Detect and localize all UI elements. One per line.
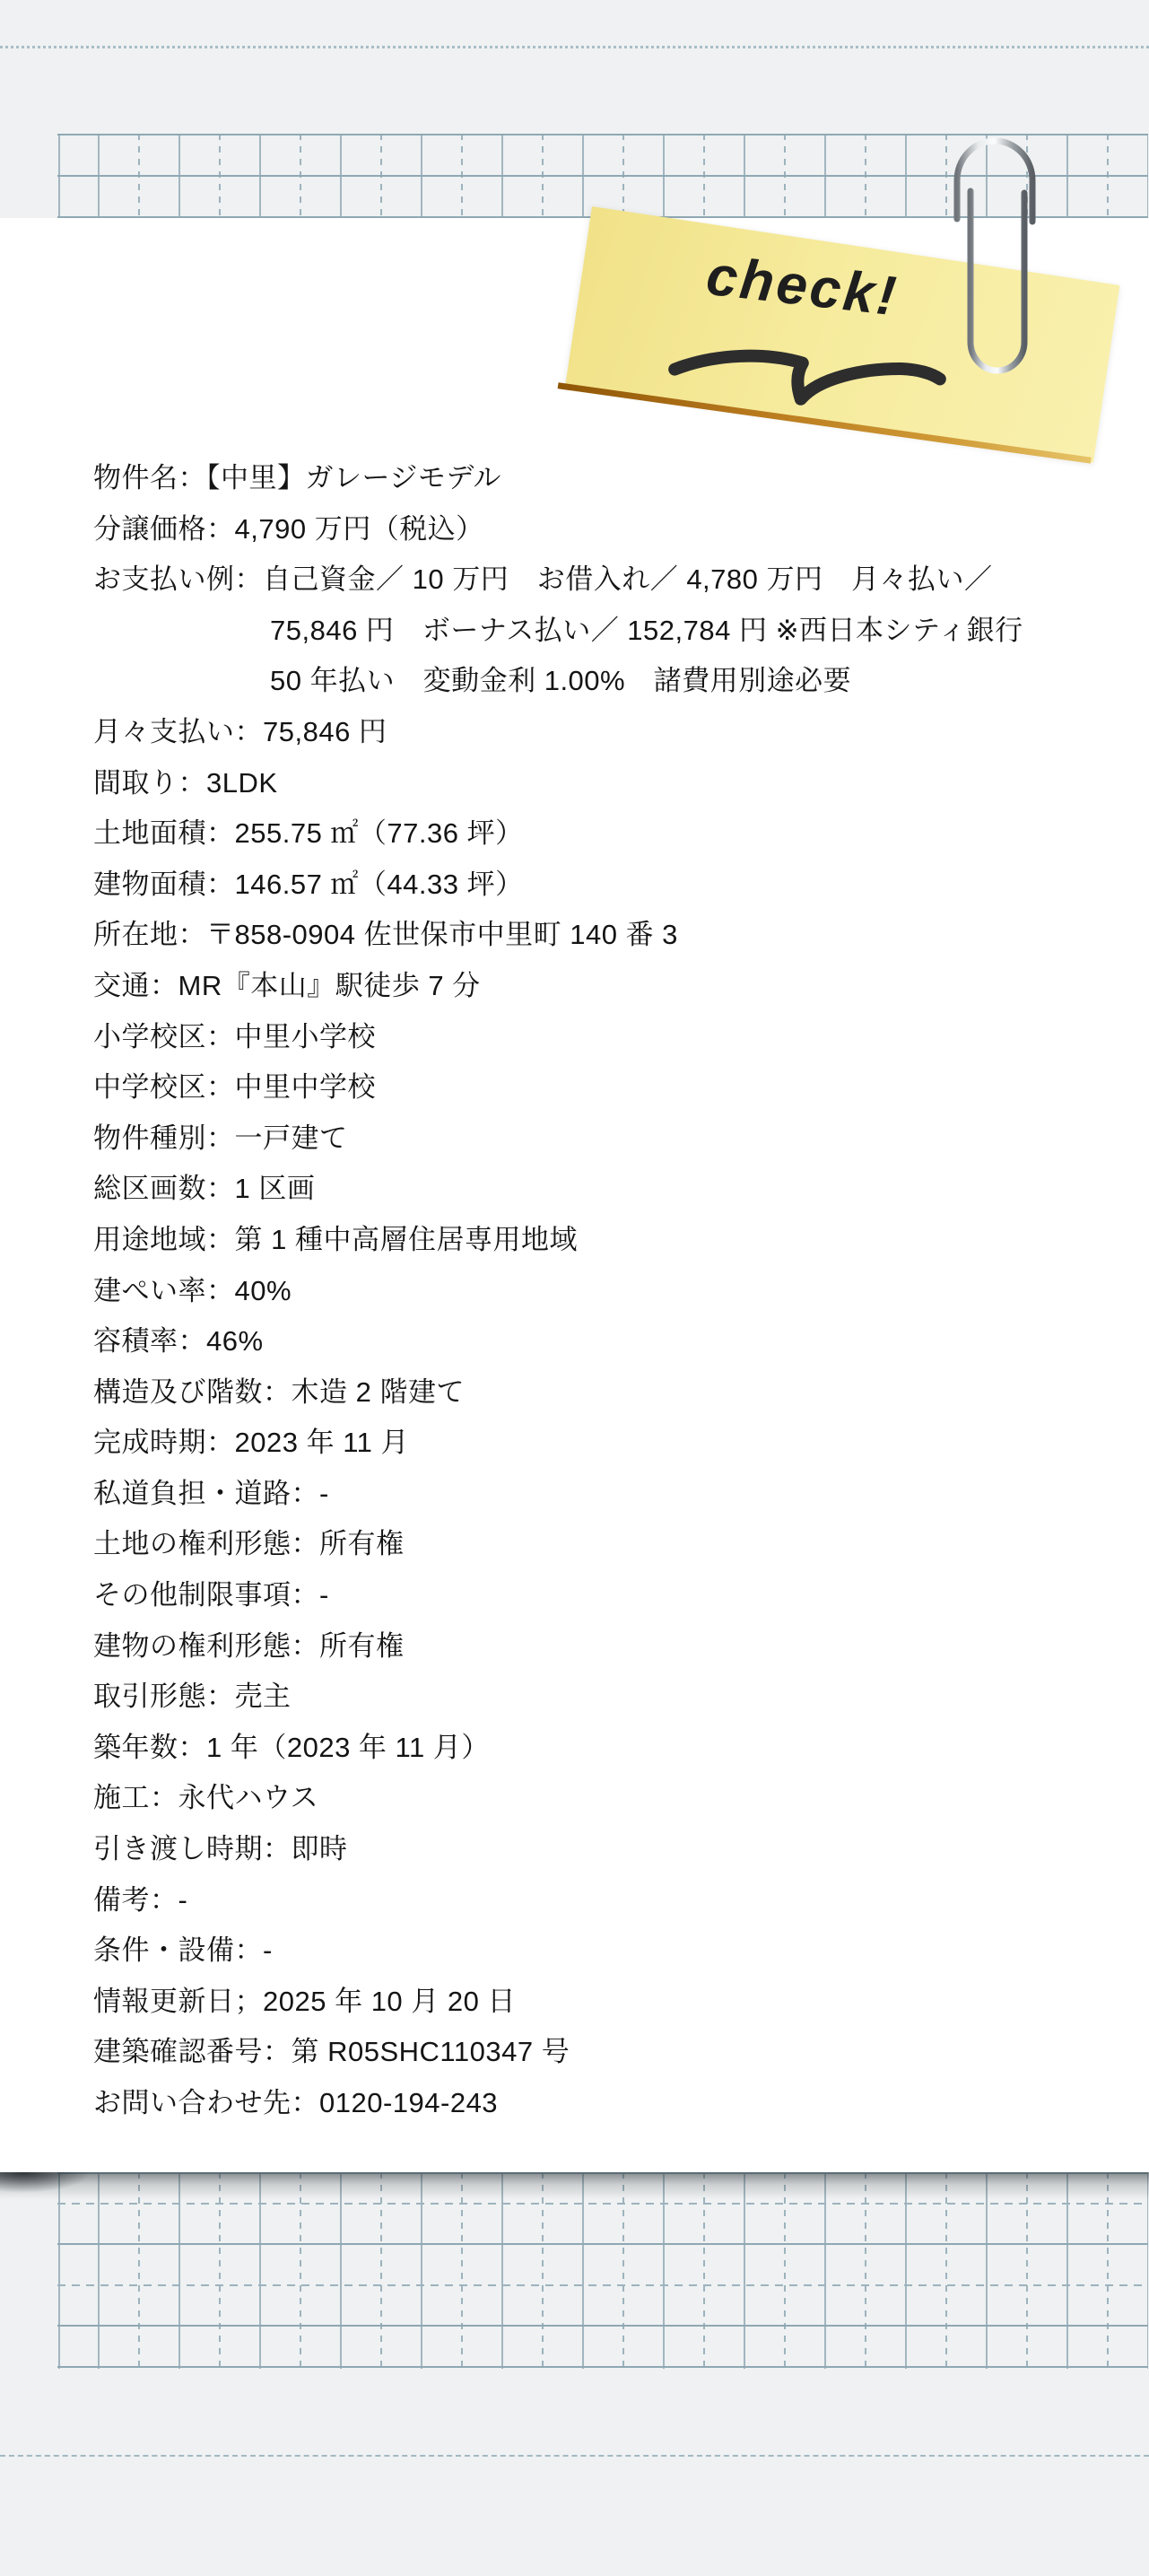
doc-line: 容積率：46% xyxy=(93,1316,1149,1367)
doc-line: 建ぺい率：40% xyxy=(93,1266,1149,1317)
doc-line: 建物の権利形態：所有権 xyxy=(93,1621,1149,1672)
doc-line: 間取り：3LDK xyxy=(93,758,1149,809)
doc-line: 私道負担・道路：- xyxy=(93,1469,1149,1520)
doc-line: 物件種別：一戸建て xyxy=(93,1113,1149,1165)
document-sheet: 物件名：【中里】ガレージモデル 分譲価格：4,790 万円（税込） お支払い例：… xyxy=(0,218,1149,2172)
doc-line: 建築確認番号：第 R05SHC110347 号 xyxy=(93,2027,1149,2078)
doc-line: 50 年払い 変動金利 1.00% 諸費用別途必要 xyxy=(93,656,1149,707)
doc-line: 交通：MR『本山』駅徒歩 7 分 xyxy=(93,961,1149,1012)
doc-line: 土地の権利形態：所有権 xyxy=(93,1519,1149,1570)
doc-line: 完成時期：2023 年 11 月 xyxy=(93,1418,1149,1469)
doc-line: 総区画数：1 区画 xyxy=(93,1164,1149,1215)
doc-line: 備考：- xyxy=(93,1875,1149,1926)
doc-line: 小学校区：中里小学校 xyxy=(93,1012,1149,1063)
bottom-dashed-rule xyxy=(0,2455,1149,2457)
doc-line: 用途地域：第 1 種中高層住居専用地域 xyxy=(93,1215,1149,1266)
page-background: { "note": { "text": "check!" }, "doc": {… xyxy=(0,0,1149,2576)
doc-line: 施工：永代ハウス xyxy=(93,1773,1149,1824)
doc-line: 取引形態：売主 xyxy=(93,1672,1149,1723)
doc-line: 物件名：【中里】ガレージモデル xyxy=(93,453,1149,504)
property-details: 物件名：【中里】ガレージモデル 分譲価格：4,790 万円（税込） お支払い例：… xyxy=(0,218,1149,2129)
doc-line: 分譲価格：4,790 万円（税込） xyxy=(93,504,1149,555)
doc-line: 引き渡し時期：即時 xyxy=(93,1824,1149,1875)
doc-line: 建物面積：146.57 ㎡（44.33 坪） xyxy=(93,860,1149,911)
doc-line: お支払い例：自己資金／ 10 万円 お借入れ／ 4,780 万円 月々払い／ xyxy=(93,554,1149,606)
doc-line: 土地面積：255.75 ㎡（77.36 坪） xyxy=(93,808,1149,860)
doc-line: 月々支払い：75,846 円 xyxy=(93,707,1149,758)
doc-line: 条件・設備：- xyxy=(93,1925,1149,1977)
doc-line: 中学校区：中里中学校 xyxy=(93,1062,1149,1113)
doc-line: その他制限事項：- xyxy=(93,1570,1149,1621)
doc-line: 構造及び階数：木造 2 階建て xyxy=(93,1367,1149,1419)
doc-line: 75,846 円 ボーナス払い／ 152,784 円 ※西日本シティ銀行 xyxy=(93,606,1149,657)
doc-line: お問い合わせ先：0120-194-243 xyxy=(93,2078,1149,2129)
doc-line: 築年数：1 年（2023 年 11 月） xyxy=(93,1723,1149,1774)
top-dotted-rule xyxy=(0,46,1149,48)
check-label: check! xyxy=(703,244,901,329)
doc-line: 情報更新日；2025 年 10 月 20 日 xyxy=(93,1977,1149,2028)
paperclip-icon xyxy=(953,135,1039,380)
graph-paper-bottom xyxy=(57,2172,1148,2369)
doc-line: 所在地：〒858-0904 佐世保市中里町 140 番 3 xyxy=(93,910,1149,961)
